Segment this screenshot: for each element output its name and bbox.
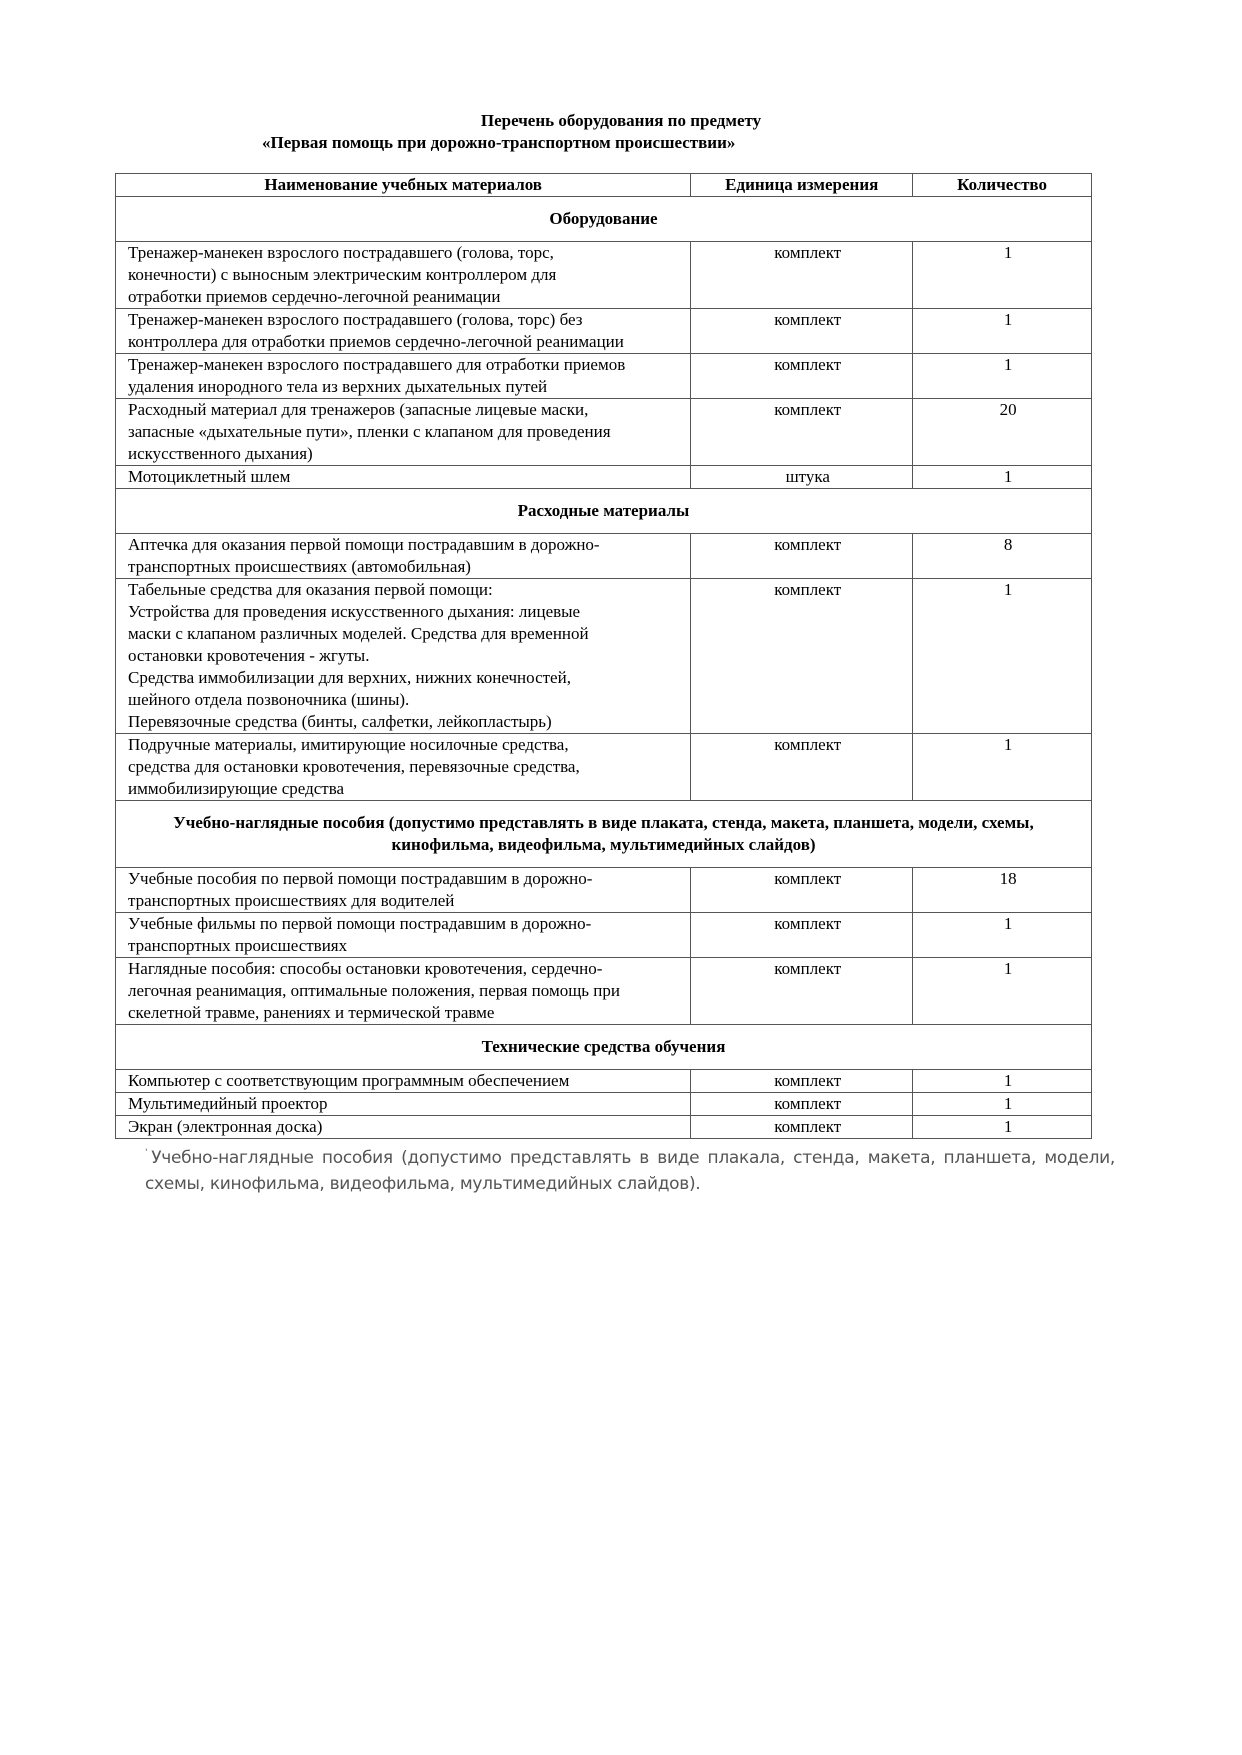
- item-unit: комплект: [691, 913, 913, 958]
- section-row: Учебно-наглядные пособия (допустимо пред…: [116, 801, 1092, 868]
- table-row: Подручные материалы, имитирующие носилоч…: [116, 734, 1092, 801]
- table-body: ОборудованиеТренажер-манекен взрослого п…: [116, 197, 1092, 1139]
- title-line-2: «Первая помощь при дорожно-транспортном …: [262, 132, 735, 154]
- item-quantity: 20: [913, 399, 1092, 466]
- item-name: Тренажер-манекен взрослого пострадавшего…: [116, 309, 691, 354]
- section-row: Расходные материалы: [116, 489, 1092, 534]
- item-quantity: 1: [913, 1116, 1092, 1139]
- item-name: Расходный материал для тренажеров (запас…: [116, 399, 691, 466]
- item-quantity: 1: [913, 309, 1092, 354]
- equipment-table: Наименование учебных материалов Единица …: [115, 173, 1092, 1139]
- table-row: Учебные пособия по первой помощи пострад…: [116, 868, 1092, 913]
- table-row: Тренажер-манекен взрослого пострадавшего…: [116, 354, 1092, 399]
- item-unit: комплект: [691, 309, 913, 354]
- section-row: Оборудование: [116, 197, 1092, 242]
- item-name: Экран (электронная доска): [116, 1116, 691, 1139]
- table-row: Аптечка для оказания первой помощи постр…: [116, 534, 1092, 579]
- table-row: Табельные средства для оказания первой п…: [116, 579, 1092, 734]
- item-unit: комплект: [691, 579, 913, 734]
- item-quantity: 1: [913, 579, 1092, 734]
- item-name: Тренажер-манекен взрослого пострадавшего…: [116, 242, 691, 309]
- item-unit: комплект: [691, 734, 913, 801]
- item-name: Мультимедийный проектор: [116, 1093, 691, 1116]
- section-title: Технические средства обучения: [116, 1025, 1092, 1070]
- header-quantity: Количество: [913, 174, 1092, 197]
- item-name: Мотоциклетный шлем: [116, 466, 691, 489]
- item-unit: штука: [691, 466, 913, 489]
- item-unit: комплект: [691, 399, 913, 466]
- section-title: Учебно-наглядные пособия (допустимо пред…: [116, 801, 1092, 868]
- item-quantity: 1: [913, 354, 1092, 399]
- document-title: Перечень оборудования по предмету «Перва…: [0, 110, 1242, 132]
- item-quantity: 1: [913, 913, 1092, 958]
- item-quantity: 1: [913, 466, 1092, 489]
- item-quantity: 1: [913, 734, 1092, 801]
- section-title: Расходные материалы: [116, 489, 1092, 534]
- section-row: Технические средства обучения: [116, 1025, 1092, 1070]
- item-name: Учебные пособия по первой помощи пострад…: [116, 868, 691, 913]
- footnote: 'Учебно-наглядные пособия (допустимо пре…: [145, 1140, 1115, 1197]
- item-unit: комплект: [691, 1116, 913, 1139]
- table-row: Тренажер-манекен взрослого пострадавшего…: [116, 242, 1092, 309]
- item-name: Наглядные пособия: способы остановки кро…: [116, 958, 691, 1025]
- item-unit: комплект: [691, 534, 913, 579]
- item-name: Тренажер-манекен взрослого пострадавшего…: [116, 354, 691, 399]
- table-row: Компьютер с соответствующим программным …: [116, 1070, 1092, 1093]
- item-unit: комплект: [691, 1070, 913, 1093]
- item-quantity: 1: [913, 1093, 1092, 1116]
- section-title: Оборудование: [116, 197, 1092, 242]
- item-quantity: 1: [913, 242, 1092, 309]
- item-unit: комплект: [691, 242, 913, 309]
- table-row: Мотоциклетный шлемштука1: [116, 466, 1092, 489]
- item-quantity: 1: [913, 1070, 1092, 1093]
- item-name: Аптечка для оказания первой помощи постр…: [116, 534, 691, 579]
- table-row: Экран (электронная доска)комплект1: [116, 1116, 1092, 1139]
- footnote-text: Учебно-наглядные пособия (допустимо пред…: [145, 1148, 1115, 1194]
- item-unit: комплект: [691, 958, 913, 1025]
- header-unit: Единица измерения: [691, 174, 913, 197]
- header-name: Наименование учебных материалов: [116, 174, 691, 197]
- item-quantity: 8: [913, 534, 1092, 579]
- item-unit: комплект: [691, 354, 913, 399]
- table-row: Тренажер-манекен взрослого пострадавшего…: [116, 309, 1092, 354]
- item-name: Табельные средства для оказания первой п…: [116, 579, 691, 734]
- title-line-1: Перечень оборудования по предмету: [0, 110, 1242, 132]
- item-name: Подручные материалы, имитирующие носилоч…: [116, 734, 691, 801]
- footnote-marker: ': [145, 1148, 147, 1158]
- table-header-row: Наименование учебных материалов Единица …: [116, 174, 1092, 197]
- item-name: Компьютер с соответствующим программным …: [116, 1070, 691, 1093]
- table-row: Мультимедийный проекторкомплект1: [116, 1093, 1092, 1116]
- table-row: Расходный материал для тренажеров (запас…: [116, 399, 1092, 466]
- table-row: Наглядные пособия: способы остановки кро…: [116, 958, 1092, 1025]
- item-quantity: 18: [913, 868, 1092, 913]
- item-quantity: 1: [913, 958, 1092, 1025]
- item-unit: комплект: [691, 868, 913, 913]
- item-name: Учебные фильмы по первой помощи пострада…: [116, 913, 691, 958]
- item-unit: комплект: [691, 1093, 913, 1116]
- table-row: Учебные фильмы по первой помощи пострада…: [116, 913, 1092, 958]
